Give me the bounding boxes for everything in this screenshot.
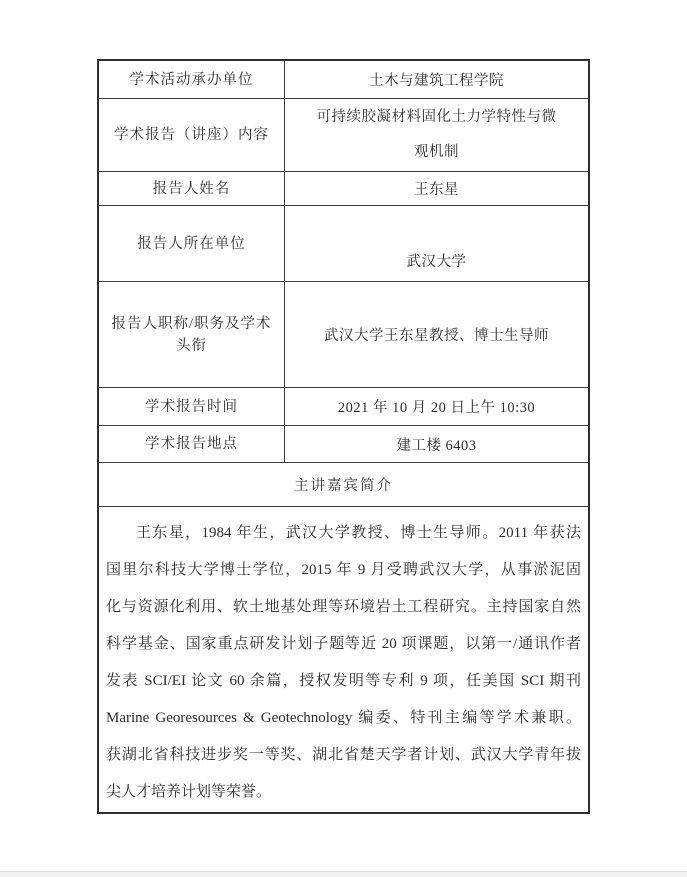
- speaker-title-label: 报告人职称/职务及学术 头衔: [99, 282, 285, 387]
- bio-line: 科学基金、国家重点研发计划子题等近 20 项课题，以第一/通讯作者: [106, 626, 581, 663]
- lecture-info-table: 学术活动承办单位 土木与建筑工程学院 学术报告（讲座）内容 可持续胶凝材料固化土…: [97, 59, 590, 814]
- speaker-bio-paragraph: 王东星，1984 年生，武汉大学教授、博士生导师。2011 年获法 国里尔科技大…: [99, 507, 588, 812]
- table-row-lecture-time: 学术报告时间 2021 年 10 月 20 日上午 10:30: [99, 387, 588, 425]
- speaker-title-value: 武汉大学王东星教授、博士生导师: [285, 282, 588, 387]
- speaker-bio-section-header: 主讲嘉宾简介: [99, 463, 588, 506]
- lecture-time-value: 2021 年 10 月 20 日上午 10:30: [285, 388, 588, 425]
- table-row-lecture-topic: 学术报告（讲座）内容 可持续胶凝材料固化土力学特性与微 观机制: [99, 98, 588, 171]
- table-row-lecture-location: 学术报告地点 建工楼 6403: [99, 425, 588, 462]
- lecture-location-value: 建工楼 6403: [285, 426, 588, 462]
- bio-line: 发表 SCI/EI 论文 60 余篇，授权发明等专利 9 项，任美国 SCI 期…: [106, 663, 581, 700]
- host-unit-value: 土木与建筑工程学院: [285, 61, 588, 98]
- table-row-speaker-bio: 王东星，1984 年生，武汉大学教授、博士生导师。2011 年获法 国里尔科技大…: [99, 506, 588, 812]
- document-page: 学术活动承办单位 土木与建筑工程学院 学术报告（讲座）内容 可持续胶凝材料固化土…: [0, 0, 687, 877]
- table-row-speaker-name: 报告人姓名 王东星: [99, 171, 588, 205]
- speaker-affiliation-value: 武汉大学: [285, 206, 588, 281]
- bio-line: 国里尔科技大学博士学位，2015 年 9 月受聘武汉大学，从事淤泥固: [106, 552, 581, 589]
- table-row-speaker-title: 报告人职称/职务及学术 头衔 武汉大学王东星教授、博士生导师: [99, 281, 588, 387]
- bio-line: 获湖北省科技进步奖一等奖、湖北省楚天学者计划、武汉大学青年拔: [106, 737, 581, 774]
- lecture-location-label: 学术报告地点: [99, 426, 285, 462]
- lecture-topic-label: 学术报告（讲座）内容: [99, 99, 285, 171]
- bio-line: 尖人才培养计划等荣誉。: [106, 774, 581, 811]
- speaker-name-label: 报告人姓名: [99, 172, 285, 205]
- table-row-speaker-affiliation: 报告人所在单位 武汉大学: [99, 205, 588, 281]
- lecture-topic-line-2: 观机制: [414, 135, 459, 170]
- viewer-bottom-edge: [0, 871, 687, 877]
- bio-line: Marine Georesources & Geotechnology 编委、特…: [106, 700, 581, 737]
- table-row-section-header: 主讲嘉宾简介: [99, 462, 588, 506]
- speaker-affiliation-label: 报告人所在单位: [99, 206, 285, 281]
- speaker-title-label-line-2: 头衔: [176, 335, 207, 357]
- lecture-time-label: 学术报告时间: [99, 388, 285, 425]
- lecture-topic-value: 可持续胶凝材料固化土力学特性与微 观机制: [285, 99, 588, 171]
- bio-line: 化与资源化利用、软土地基处理等环境岩土工程研究。主持国家自然: [106, 589, 581, 626]
- speaker-name-value: 王东星: [285, 172, 588, 205]
- table-row-host-unit: 学术活动承办单位 土木与建筑工程学院: [99, 61, 588, 98]
- speaker-title-label-line-1: 报告人职称/职务及学术: [111, 313, 271, 335]
- lecture-topic-line-1: 可持续胶凝材料固化土力学特性与微: [317, 100, 557, 135]
- bio-line: 王东星，1984 年生，武汉大学教授、博士生导师。2011 年获法: [106, 515, 581, 552]
- host-unit-label: 学术活动承办单位: [99, 61, 285, 98]
